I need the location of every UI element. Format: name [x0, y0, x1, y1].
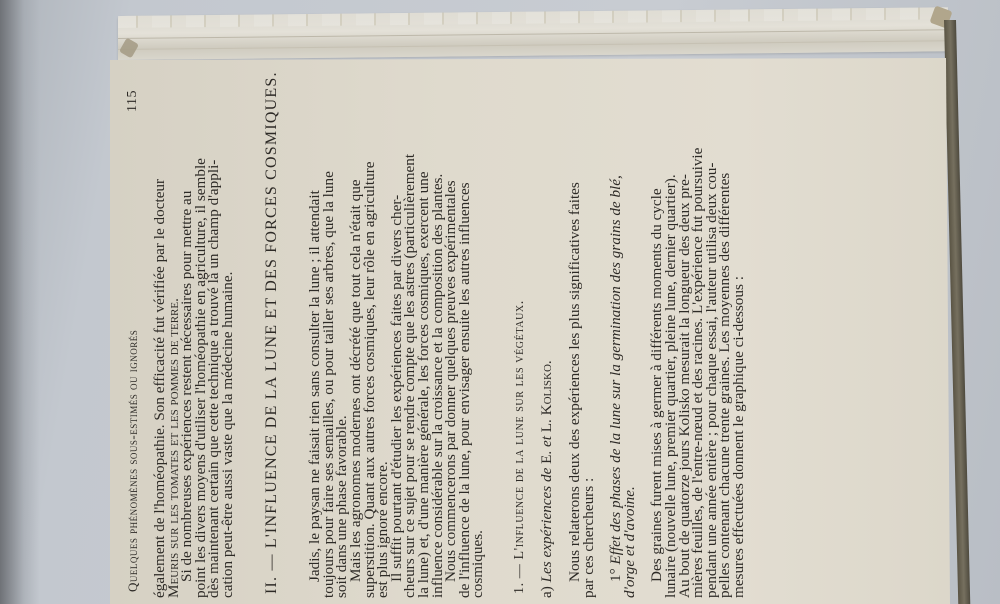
paragraph: Jadis, le paysan ne faisait rien sans co…: [308, 78, 349, 598]
paragraph: Il suffit pourtant d'étudier les expérie…: [390, 78, 444, 598]
paragraph: Des graines furent mises à germer à diff…: [650, 78, 745, 598]
paragraph: Nous commencerons par donner quelques pr…: [444, 78, 485, 598]
background-shadow: [0, 0, 40, 604]
page-stack-lines: [118, 29, 948, 50]
rotated-text-block: Quelques phénomènes sous-estimés ou igno…: [126, 78, 746, 598]
text-line: par ces chercheurs :: [582, 78, 596, 598]
text-line: d'orge et d'avoine.: [623, 78, 637, 598]
text-line: cation peut-être aussi vaste que la méde…: [221, 78, 235, 598]
paragraph: Nous relaterons deux des expériences les…: [568, 78, 595, 598]
text-line: cosmiques.: [471, 78, 485, 598]
running-head-title: Quelques phénomènes sous-estimés ou igno…: [126, 330, 140, 598]
page-content: Quelques phénomènes sous-estimés ou igno…: [110, 58, 950, 604]
page-number: 115: [126, 90, 140, 112]
intro-paragraph: également de l'homéopathie. Son efficaci…: [153, 78, 235, 598]
book-top-edge: [118, 7, 948, 60]
subsection-heading-1: 1. — L'influence de la lune sur les végé…: [513, 78, 527, 598]
subsection-a-heading: a) Les expériences de E. et L. Kolisko.: [540, 78, 554, 598]
point-1-heading: 1° Effet des phases de la lune sur la ge…: [609, 78, 636, 598]
running-head: Quelques phénomènes sous-estimés ou igno…: [126, 78, 140, 598]
text-line: mesures effectuées donnent le graphique …: [732, 78, 746, 598]
paragraph: Mais les agronomes modernes ont décrété …: [349, 78, 390, 598]
section-heading-ii: II. — L'INFLUENCE DE LA LUNE ET DES FORC…: [265, 78, 279, 598]
text-line: de l'influence de la lune, pour envisage…: [458, 78, 472, 598]
